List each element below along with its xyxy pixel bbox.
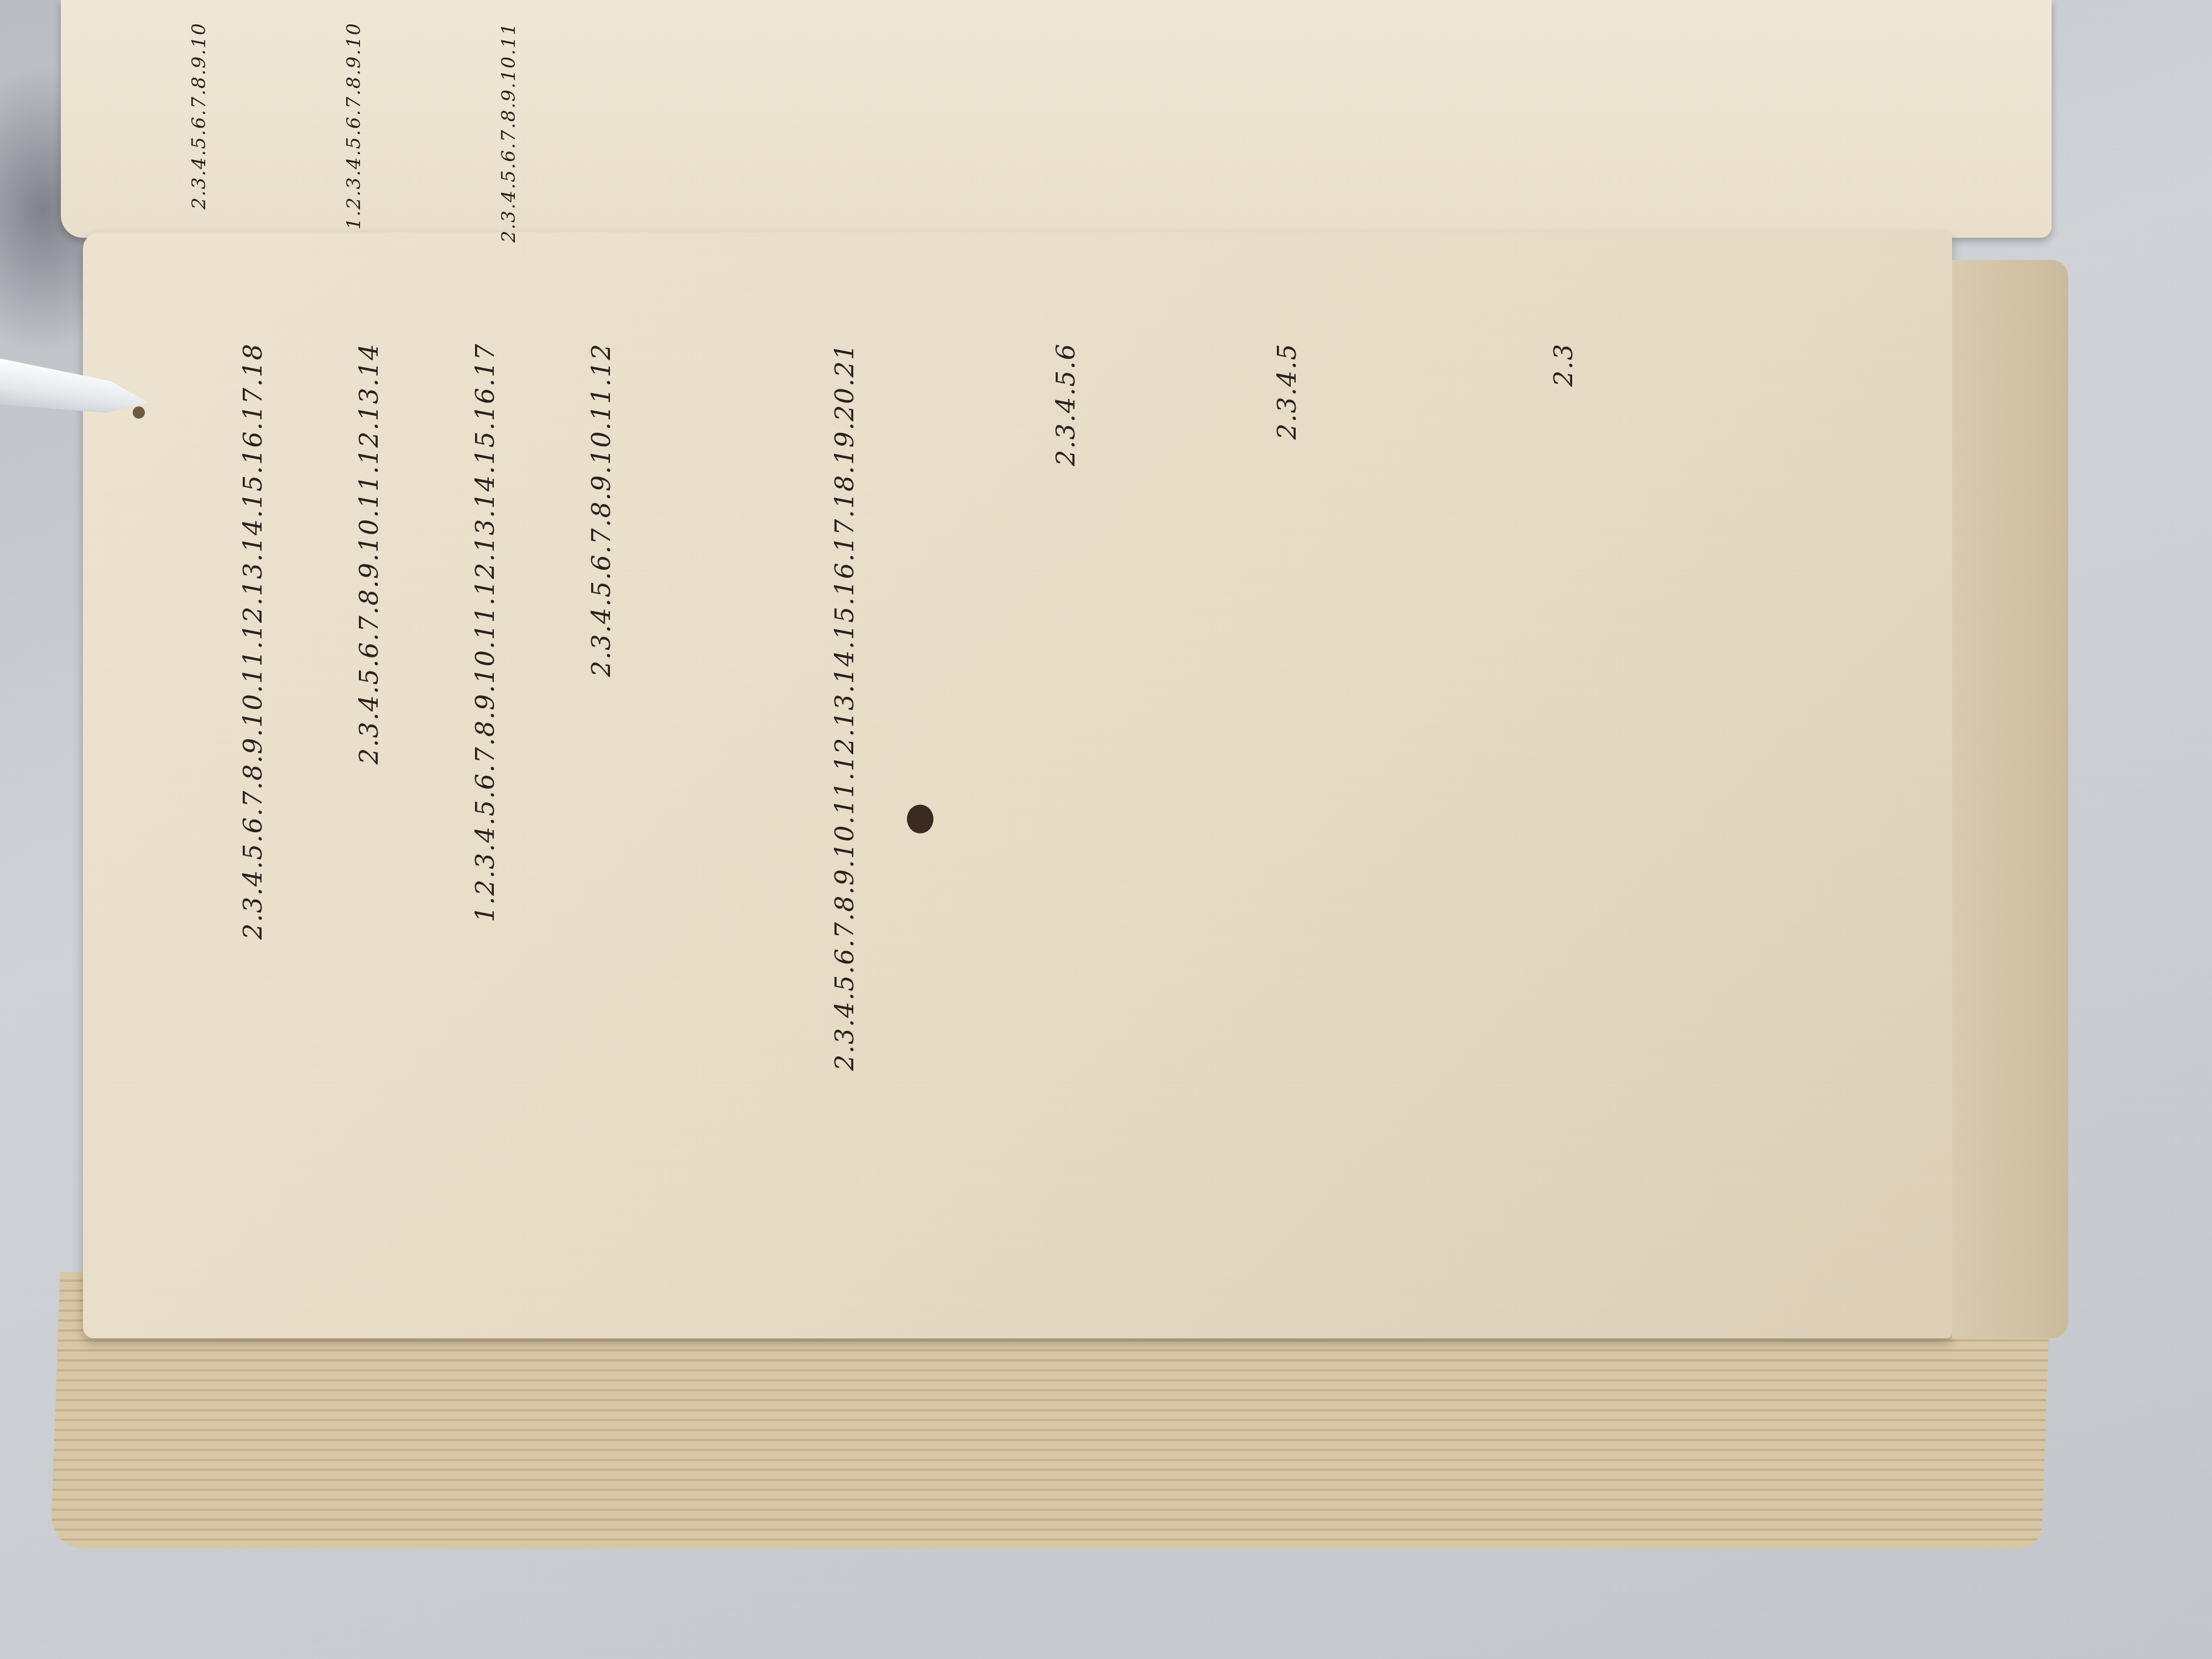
ledger-numbers: 2.3.4.5.6	[1051, 343, 1081, 466]
ledger-numbers: 2.3.4.5.6.7.8.9.10	[188, 22, 210, 210]
ledger-numbers: 2.3.4.5.6.7.8.9.10.11	[498, 22, 520, 243]
ledger-page-edge	[1952, 260, 2068, 1338]
ledger-numbers: 2.3.4.5.6.7.8.9.10.11.12.13.14	[354, 343, 384, 764]
ledger-numbers: 1.2.3.4.5.6.7.8.9.10.11.12.13.14.15.16.1…	[470, 343, 500, 922]
ledger-numbers: 2.3.4.5.6.7.8.9.10.11.12.13.14.15.16.17.…	[238, 343, 268, 940]
ledger-numbers: 2.3.4.5	[1272, 343, 1302, 440]
ink-blot	[907, 805, 933, 833]
ledger-numbers: 2.3	[1548, 343, 1578, 387]
pen-tip	[133, 406, 145, 419]
ledger-numbers: 1.2.3.4.5.6.7.8.9.10	[343, 22, 365, 229]
ledger-numbers: 2.3.4.5.6.7.8.9.10.11.12.13.14.15.16.17.…	[830, 343, 859, 1071]
ledger-numbers: 2.3.4.5.6.7.8.9.10.11.12	[586, 343, 616, 677]
